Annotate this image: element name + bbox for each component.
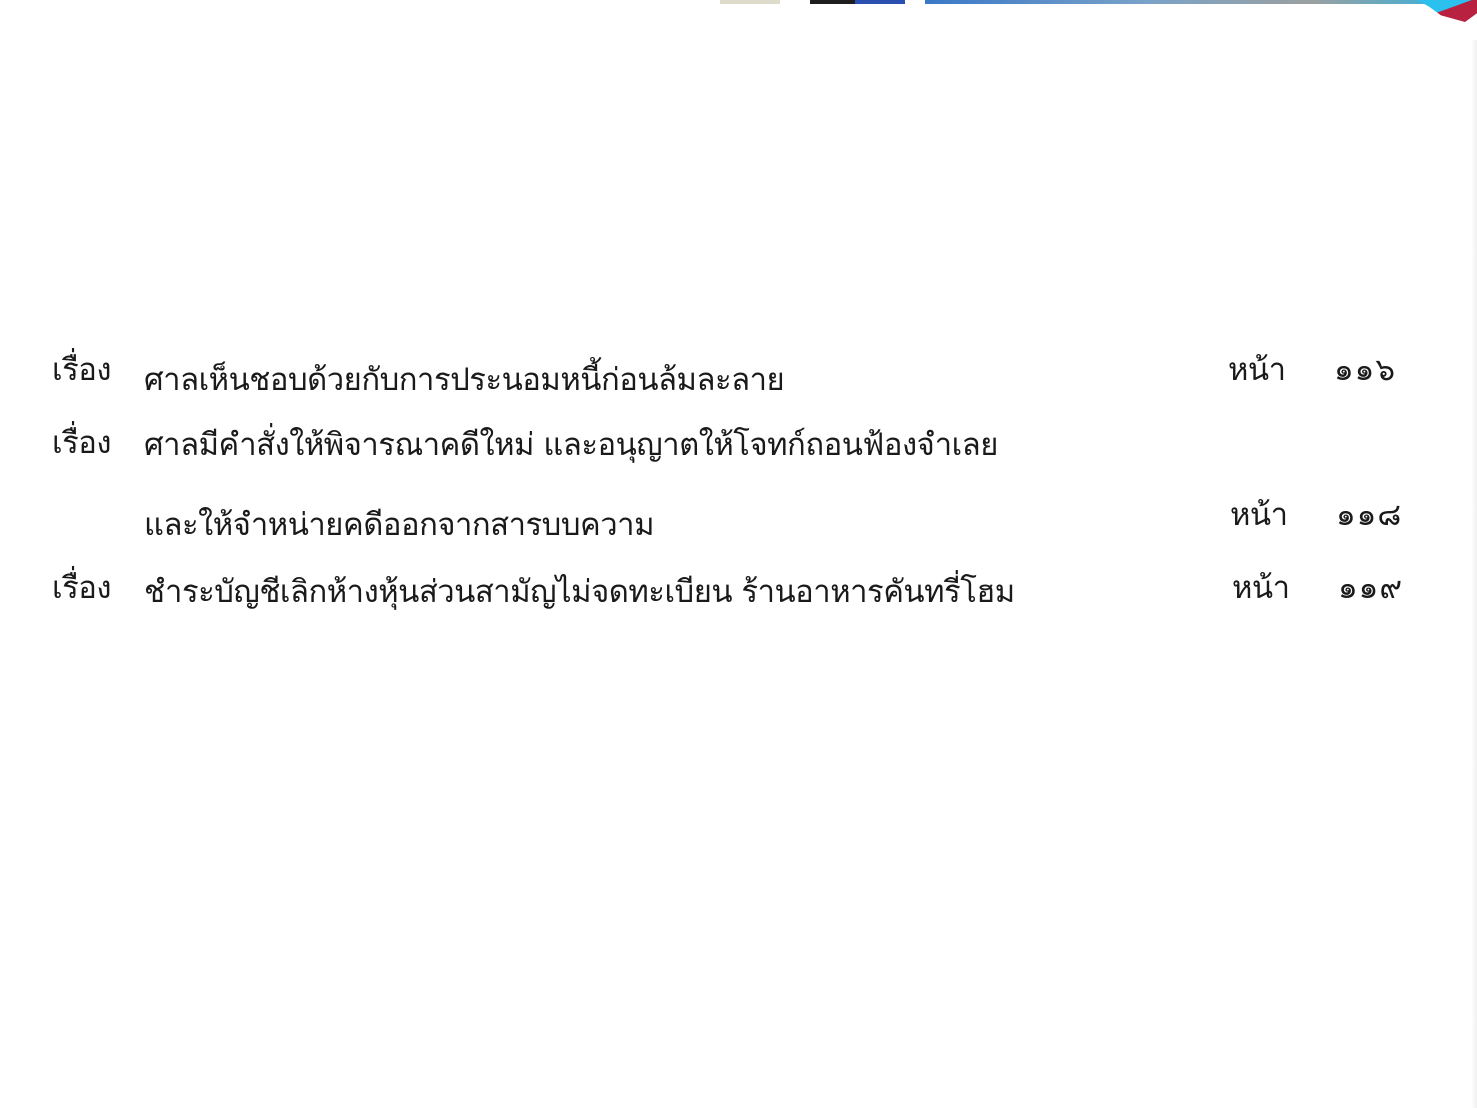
entry-label: เรื่อง (52, 563, 111, 613)
cover-edge-strip (700, 0, 1477, 4)
page-number: ๑๑๘ (1336, 490, 1402, 540)
scanned-page: เรื่อง ศาลเห็นชอบด้วยกับการประนอมหนี้ก่อ… (0, 0, 1477, 1108)
entry-title: ชำระบัญชีเลิกห้างหุ้นส่วนสามัญไม่จดทะเบี… (144, 567, 1015, 617)
toc-entry-2-continuation: และให้จำหน่ายคดีออกจากสารบบความ หน้า ๑๑๘ (0, 490, 1477, 540)
page-number: ๑๑๙ (1338, 563, 1403, 613)
entry-title-line-1: ศาลมีคำสั่งให้พิจารณาคดีใหม่ และอนุญาตให… (144, 420, 998, 470)
entry-title: ศาลเห็นชอบด้วยกับการประนอมหนี้ก่อนล้มละล… (144, 355, 784, 405)
page-word: หน้า (1228, 345, 1286, 395)
cover-edge-segment (810, 0, 855, 4)
page-word: หน้า (1230, 490, 1288, 540)
page-word: หน้า (1232, 563, 1290, 613)
cover-corner (1417, 0, 1477, 22)
page-number: ๑๑๖ (1334, 345, 1396, 395)
entry-label: เรื่อง (52, 418, 111, 468)
entry-title-line-2: และให้จำหน่ายคดีออกจากสารบบความ (144, 500, 654, 550)
entry-label: เรื่อง (52, 345, 111, 395)
cover-edge-segment (925, 0, 1477, 4)
toc-entry-1: เรื่อง ศาลเห็นชอบด้วยกับการประนอมหนี้ก่อ… (0, 345, 1477, 395)
toc-entry-2: เรื่อง ศาลมีคำสั่งให้พิจารณาคดีใหม่ และอ… (0, 418, 1477, 468)
cover-edge-segment (855, 0, 905, 4)
cover-edge-segment (720, 0, 780, 4)
toc-entry-3: เรื่อง ชำระบัญชีเลิกห้างหุ้นส่วนสามัญไม่… (0, 563, 1477, 613)
cover-edge-segment (905, 0, 925, 4)
